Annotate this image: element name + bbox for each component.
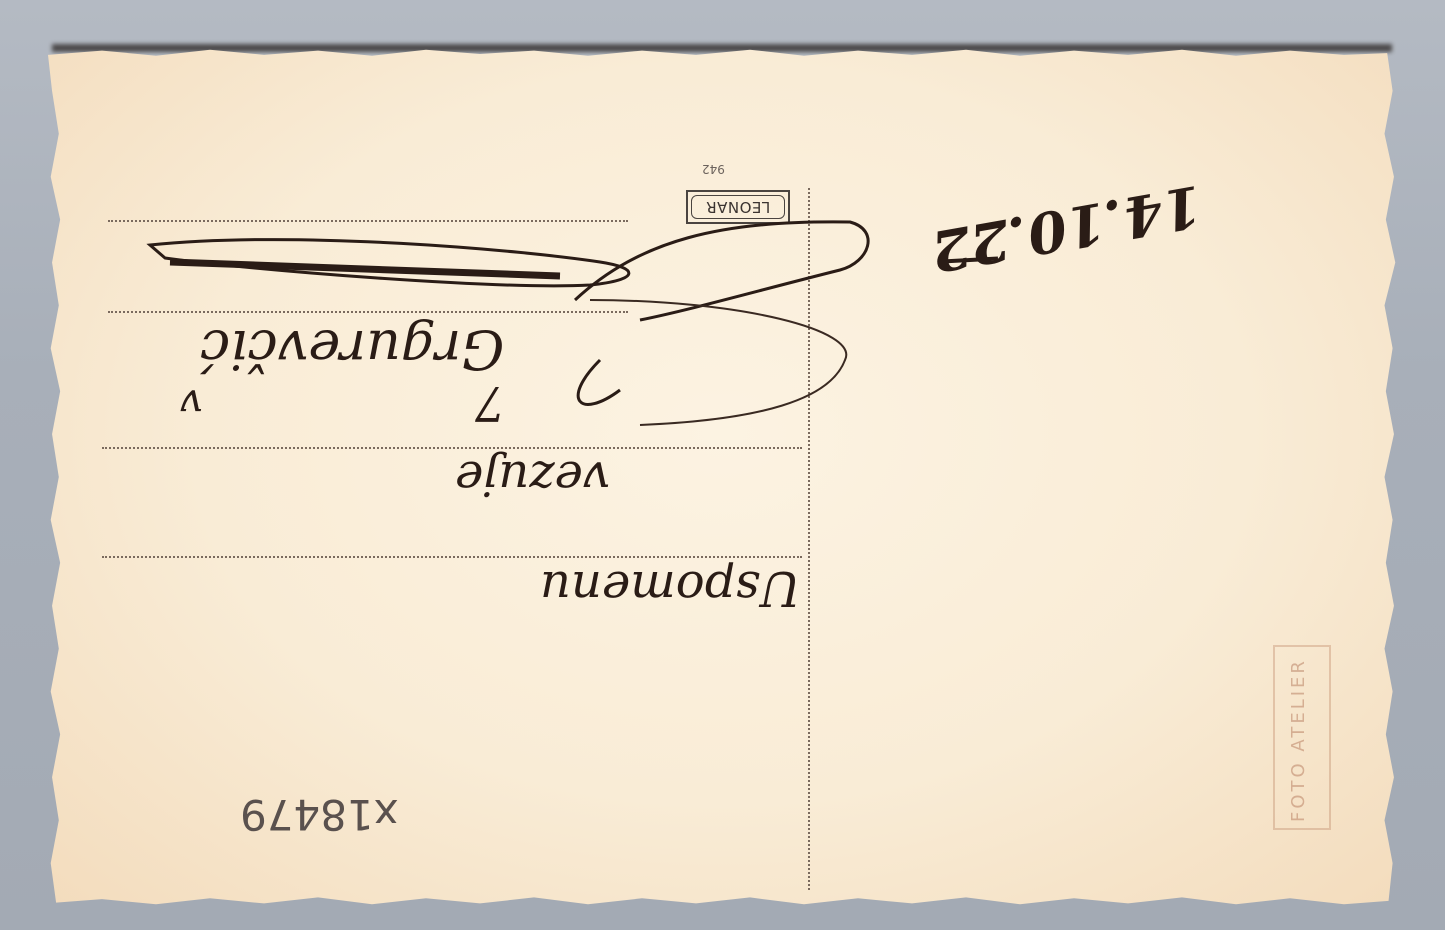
handwritten-line-1: Grgurevčić [200, 318, 504, 381]
printer-stamp-text: LEONAR [688, 192, 788, 222]
stamp-number: 942 [702, 162, 725, 176]
embossed-stamp-text: FOTO ATELIER [1288, 652, 1328, 822]
handwritten-line-3: Uspomenu [540, 560, 800, 616]
address-line-1 [108, 220, 628, 222]
address-line-2 [108, 311, 628, 313]
handwritten-line-2: vezuje [455, 450, 610, 506]
printer-stamp: LEONAR [686, 190, 790, 224]
address-line-4 [102, 556, 802, 558]
address-line-3 [102, 447, 802, 449]
handwritten-mark-v: v [180, 380, 203, 426]
pencil-inventory-note: x18479 [240, 790, 398, 839]
handwritten-mark-7: 7 [475, 375, 506, 431]
divider-line [808, 188, 810, 890]
